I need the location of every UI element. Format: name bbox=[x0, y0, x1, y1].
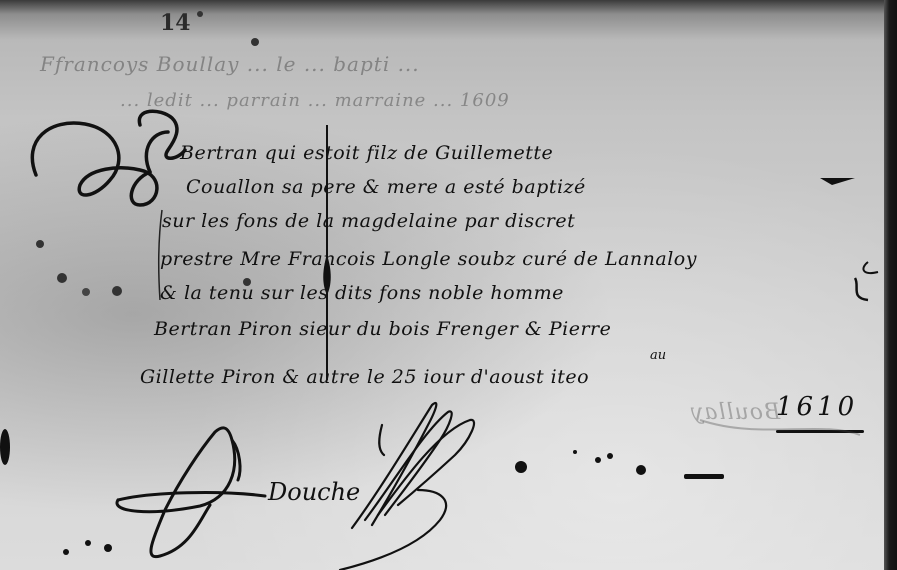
document-page: Ffrancoys Boullay ... le ... bapti ... .… bbox=[0, 0, 884, 570]
decorated-initial-icon bbox=[32, 111, 185, 205]
page-edge-shadow bbox=[884, 0, 897, 570]
signature-left-flourish-icon bbox=[117, 428, 265, 557]
ink-flourishes bbox=[0, 0, 884, 570]
ink-blots bbox=[0, 11, 724, 555]
signature-paraph-icon bbox=[340, 403, 474, 570]
